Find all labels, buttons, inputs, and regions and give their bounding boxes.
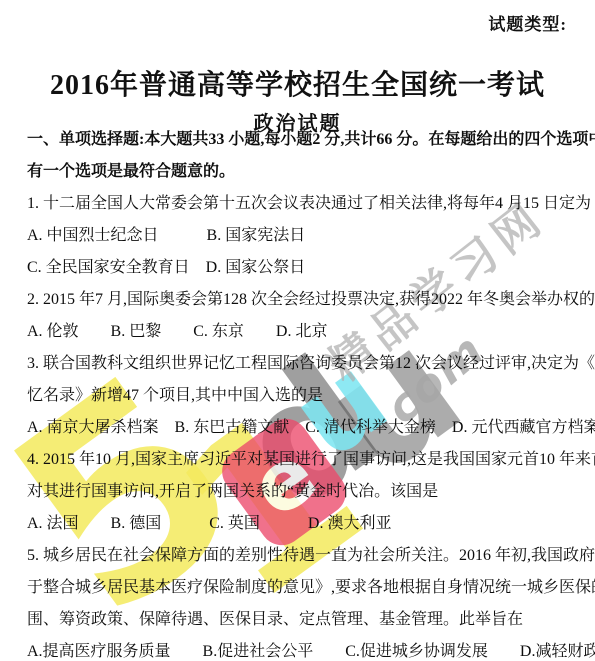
question-4-stem-line-1: 4. 2015 年10 月,国家主席习近平对某国进行了国事访问,这是我国国家元首… xyxy=(27,444,573,476)
question-1-options-row-1: A. 中国烈士纪念日 B. 国家宪法日 xyxy=(27,220,573,252)
exam-document-page: { "header": { "type_note": "试题类型:", "tit… xyxy=(0,0,595,661)
question-1-stem: 1. 十二届全国人大常委会第十五次会议表决通过了相关法律,将每年4 月15 日定… xyxy=(27,188,573,220)
question-3-stem-line-2: 忆名录》新增47 个项目,其中中国入选的是 xyxy=(27,380,573,412)
question-4-stem-line-2: 对其进行国事访问,开启了两国关系的“黄金时代冶。该国是 xyxy=(27,476,573,508)
exam-type-note: 试题类型: xyxy=(488,10,567,35)
question-2-options: A. 伦敦 B. 巴黎 C. 东京 D. 北京 xyxy=(27,316,573,348)
section-instruction-line-2: 有一个选项是最符合题意的。 xyxy=(27,156,573,188)
question-5-stem-line-3: 围、筹资政策、保障待遇、医保目录、定点管理、基金管理。此举旨在 xyxy=(27,604,573,636)
question-1-options-row-2: C. 全民国家安全教育日 D. 国家公祭日 xyxy=(27,252,573,284)
section-instruction-line-1: 一、单项选择题:本大题共33 小题,每小题2 分,共计66 分。在每题给出的四个… xyxy=(27,124,573,156)
question-5-stem-line-2: 于整合城乡居民基本医疗保险制度的意见》,要求各地根据自身情况统一城乡医保的覆盖范 xyxy=(27,572,573,604)
exam-body: 一、单项选择题:本大题共33 小题,每小题2 分,共计66 分。在每题给出的四个… xyxy=(27,124,573,661)
question-5-stem-line-1: 5. 城乡居民在社会保障方面的差别性待遇一直为社会所关注。2016 年初,我国政… xyxy=(27,540,573,572)
exam-title: 2016年普通高等学校招生全国统一考试 xyxy=(0,63,595,103)
question-3-stem-line-1: 3. 联合国教科文组织世界记忆工程国际咨询委员会第12 次会议经过评审,决定为《… xyxy=(27,348,573,380)
question-3-options: A. 南京大屠杀档案 B. 东巴古籍文献 C. 清代科举大金榜 D. 元代西藏官… xyxy=(27,412,573,444)
question-2-stem: 2. 2015 年7 月,国际奥委会第128 次全会经过投票决定,获得2022 … xyxy=(27,284,573,316)
question-4-options: A. 法国 B. 德国 C. 英国 D. 澳大利亚 xyxy=(27,508,573,540)
question-5-options: A.提高医疗服务质量 B.促进社会公平 C.促进城乡协调发展 D.减轻财政负担 xyxy=(27,636,573,661)
